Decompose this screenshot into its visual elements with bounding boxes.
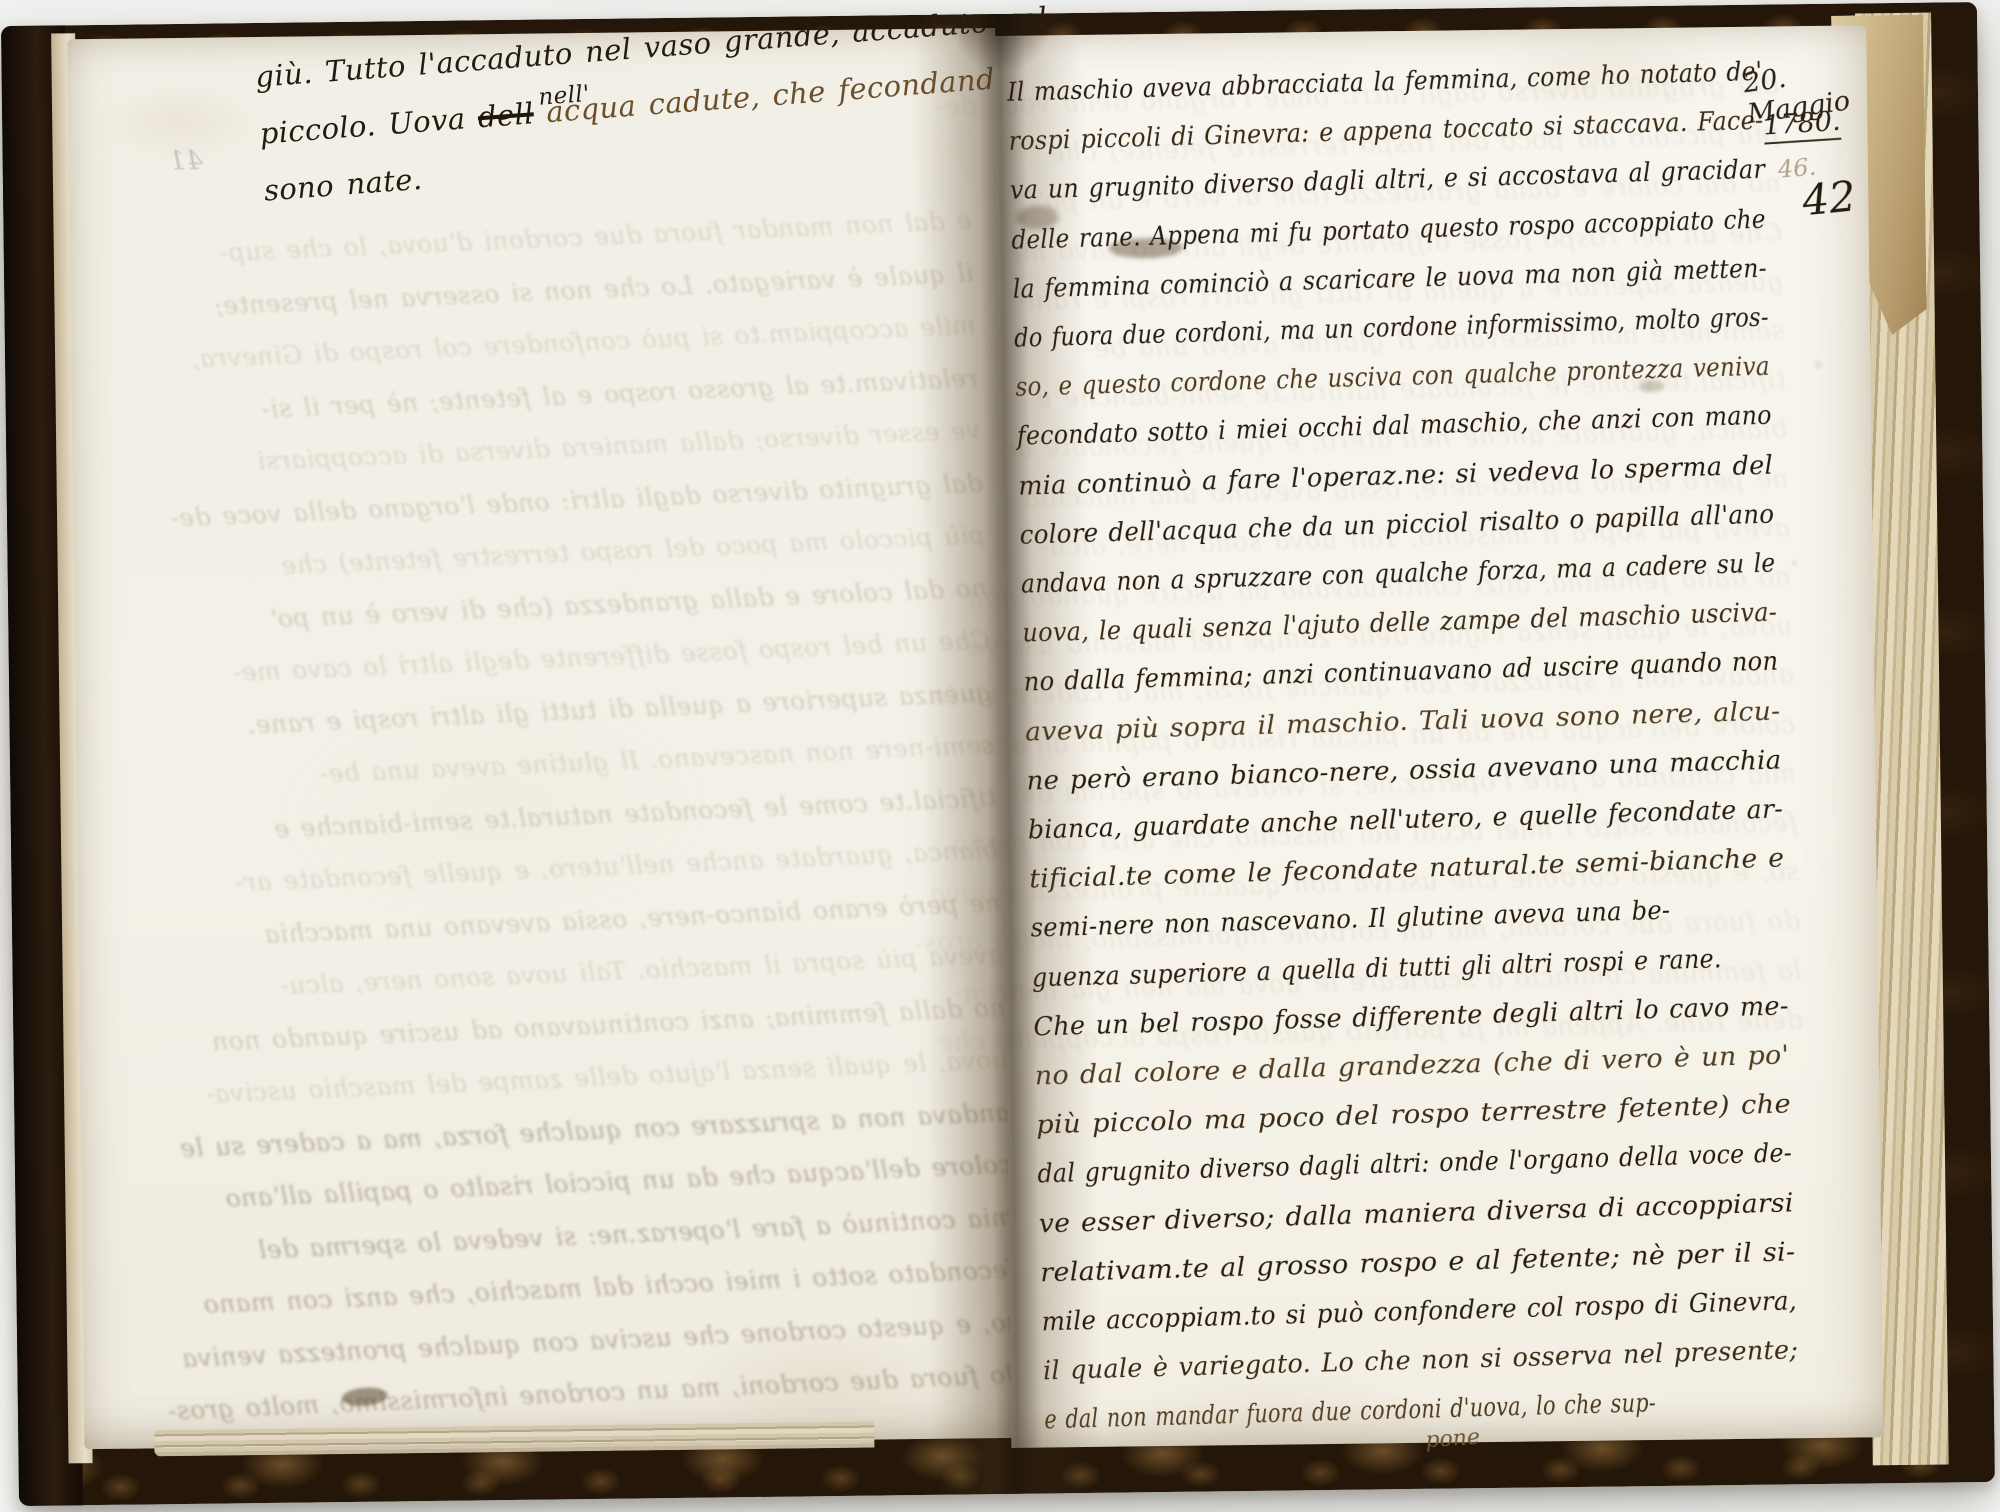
showthrough-line: fecondato sotto i miei occhi dal maschio…	[202, 1244, 1018, 1332]
showthrough-line: guenza superiore a quella di tutti gli a…	[246, 667, 993, 752]
showthrough-line: do fuora due cordoni, ma un cordone info…	[167, 1348, 1023, 1438]
sheet-edges-bottom	[154, 1422, 874, 1457]
showthrough-line: no dal colore e dalla grandezza (che di …	[269, 562, 988, 646]
showthrough-line: dal grugnito diverso dagli altri: onde l…	[169, 457, 984, 545]
page-number: 42	[1800, 171, 1858, 225]
showthrough-line: aveva più sopra il maschio. Tali uova so…	[279, 929, 1004, 1013]
right-page: dal grugnito diverso dagli altri: onde l…	[994, 25, 1883, 1448]
showthrough-line: tificial.te come le fecondate natural.te…	[273, 771, 998, 855]
showthrough-line: mia continuò a fare l'operaz.ne: si vede…	[257, 1191, 1016, 1276]
showthrough-line: no dalla femmina; anzi continuavano ad u…	[211, 981, 1007, 1068]
showthrough-line: uova, le quali senza l'ajuto delle zampe…	[204, 1034, 1008, 1121]
margin-date-year: 1780.	[1762, 106, 1841, 145]
showthrough-line: relativam.te al grosso rospo e al fetent…	[260, 352, 979, 436]
showthrough-line: bianca, guardate anche nell'utero, e que…	[234, 824, 1000, 910]
catchword: pone	[1425, 1425, 1481, 1453]
showthrough-line: so, e questo cordone che usciva con qual…	[181, 1296, 1021, 1385]
struck-word: dell	[477, 96, 535, 134]
showthrough-line: più piccolo ma poco del rospo terrestre …	[280, 509, 986, 592]
left-page-note: giù. Tutto l'accaduto nel vaso grande, a…	[253, 0, 964, 220]
showthrough-line: il quale è variegato. Lo che non si osse…	[213, 247, 974, 333]
inserted-word: nell'	[536, 66, 592, 127]
showthrough-line: mile accoppiam.to si può confondere col …	[190, 299, 977, 386]
photo-backdrop: { "document": { "kind": "Manuscript note…	[0, 0, 2000, 1512]
showthrough-line: ne però erano bianco-nere, ossia avevano…	[263, 876, 1002, 961]
ink-smudge	[341, 1386, 388, 1408]
manuscript-book: e dal non mandar fuora due cordoni d'uov…	[1, 2, 1995, 1506]
showthrough-text-left: e dal non mandar fuora due cordoni d'uov…	[201, 195, 1023, 1435]
manuscript-text-block: Il maschio aveva abbracciata la femmina,…	[1007, 47, 1835, 1446]
showthrough-page-number: 41	[169, 146, 204, 177]
showthrough-line: semi-nere non nascevano. Il glutine avev…	[318, 719, 995, 801]
left-page: e dal non mandar fuora due cordoni d'uov…	[67, 28, 1012, 1449]
showthrough-line: colore dell'acqua che da un picciol risa…	[224, 1139, 1013, 1226]
showthrough-line: andava non a spruzzare con qualche forza…	[179, 1086, 1012, 1175]
showthrough-line: Che un bel rospo fosse differente degli …	[231, 614, 990, 699]
showthrough-line: ve esser diverso; dalla maniera diversa …	[256, 404, 982, 488]
